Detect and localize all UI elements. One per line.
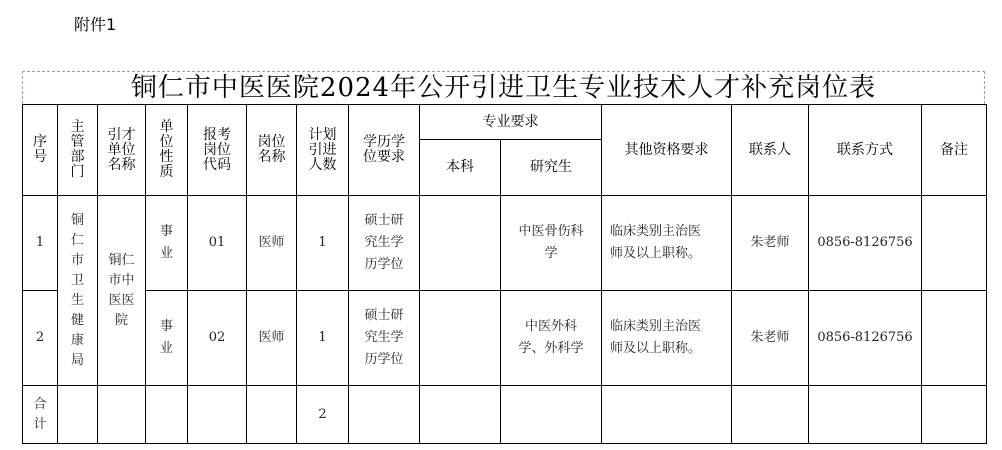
cell-unit-type: 事 业 — [146, 196, 188, 291]
header-unit-type: 单 位 性 质 — [146, 105, 188, 196]
cell-contact-method: 0856-8126756 — [809, 291, 922, 386]
positions-table: 序 号 主 管 部 门 引才 单位 名称 单 位 性 质 报考 岗位 代码 岗位… — [22, 104, 987, 444]
header-major-grad: 研究生 — [501, 140, 602, 196]
cell-contact-method: 0856-8126756 — [809, 196, 922, 291]
header-post-code: 报考 岗位 代码 — [188, 105, 247, 196]
cell-plan-count: 1 — [297, 196, 349, 291]
total-empty — [420, 386, 501, 444]
header-plan-count: 计划 引进 人数 — [297, 105, 349, 196]
table-row: 2 事 业 02 医师 1 硕士研 究生学 历学位 中医外科 学、外科学 临床类… — [23, 291, 987, 386]
total-empty — [98, 386, 146, 444]
header-seq: 序 号 — [23, 105, 58, 196]
total-empty — [146, 386, 188, 444]
header-education: 学历学 位要求 — [349, 105, 420, 196]
total-row: 合 计 2 — [23, 386, 987, 444]
cell-remarks — [922, 196, 987, 291]
cell-major-grad: 中医骨伤科 学 — [501, 196, 602, 291]
cell-education: 硕士研 究生学 历学位 — [349, 196, 420, 291]
total-empty — [247, 386, 297, 444]
header-dept: 主 管 部 门 — [58, 105, 98, 196]
header-post-name: 岗位 名称 — [247, 105, 297, 196]
cell-contact: 朱老师 — [732, 196, 809, 291]
page-title: 铜仁市中医医院2024年公开引进卫生专业技术人才补充岗位表 — [23, 72, 984, 105]
cell-post-code: 01 — [188, 196, 247, 291]
total-plan-count: 2 — [297, 386, 349, 444]
total-label: 合 计 — [23, 386, 58, 444]
cell-major-undergrad — [420, 291, 501, 386]
cell-education: 硕士研 究生学 历学位 — [349, 291, 420, 386]
attachment-label: 附件1 — [74, 12, 116, 35]
cell-other-req: 临床类别主治医 师及以上职称。 — [602, 196, 732, 291]
header-row-1: 序 号 主 管 部 门 引才 单位 名称 单 位 性 质 报考 岗位 代码 岗位… — [23, 105, 987, 140]
cell-unit-type: 事 业 — [146, 291, 188, 386]
cell-contact: 朱老师 — [732, 291, 809, 386]
cell-remarks — [922, 291, 987, 386]
cell-other-req: 临床类别主治医 师及以上职称。 — [602, 291, 732, 386]
table-row: 1 铜 仁 市 卫 生 健 康 局 铜仁 市中 医医 院 事 业 01 医师 1… — [23, 196, 987, 291]
cell-plan-count: 1 — [297, 291, 349, 386]
header-contact: 联系人 — [732, 105, 809, 196]
cell-dept: 铜 仁 市 卫 生 健 康 局 — [58, 196, 98, 386]
header-remarks: 备注 — [922, 105, 987, 196]
cell-seq: 1 — [23, 196, 58, 291]
title-box: 铜仁市中医医院2024年公开引进卫生专业技术人才补充岗位表 — [22, 71, 985, 104]
cell-post-name: 医师 — [247, 196, 297, 291]
cell-unit: 铜仁 市中 医医 院 — [98, 196, 146, 386]
header-major-undergrad: 本科 — [420, 140, 501, 196]
cell-major-grad: 中医外科 学、外科学 — [501, 291, 602, 386]
total-empty — [188, 386, 247, 444]
total-empty — [732, 386, 809, 444]
header-contact-method: 联系方式 — [809, 105, 922, 196]
total-empty — [809, 386, 922, 444]
total-empty — [58, 386, 98, 444]
cell-post-code: 02 — [188, 291, 247, 386]
total-empty — [349, 386, 420, 444]
total-empty — [501, 386, 602, 444]
cell-post-name: 医师 — [247, 291, 297, 386]
total-empty — [922, 386, 987, 444]
header-unit: 引才 单位 名称 — [98, 105, 146, 196]
header-other-req: 其他资格要求 — [602, 105, 732, 196]
cell-seq: 2 — [23, 291, 58, 386]
cell-major-undergrad — [420, 196, 501, 291]
total-empty — [602, 386, 732, 444]
header-major-group: 专业要求 — [420, 105, 602, 140]
